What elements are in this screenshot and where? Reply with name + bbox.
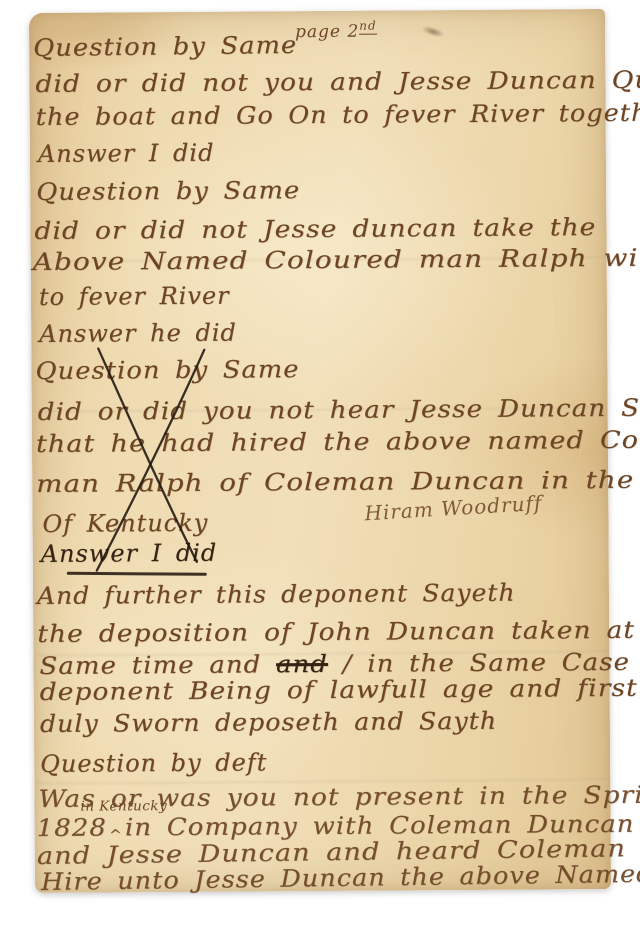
manuscript-line: did or did you not hear Jesse Duncan Say <box>38 395 640 426</box>
manuscript-line: Question by Same <box>36 177 300 205</box>
manuscript-line: Hire unto Jesse Duncan the above Named <box>41 861 640 896</box>
ink-underline <box>67 572 207 576</box>
struck-out-word: and <box>276 650 328 678</box>
manuscript-line: Question by deft <box>40 749 267 777</box>
manuscript-line: did or did not you and Jesse Duncan Quit <box>35 67 640 98</box>
manuscript-line: deponent Being of lawfull age and first <box>40 675 638 706</box>
line-segment: Same time and <box>39 650 276 680</box>
manuscript-line: Question by Same <box>35 356 299 384</box>
manuscript-line: that he had hired the above named Colour… <box>36 426 640 457</box>
manuscript-line: Answer I did <box>38 140 215 168</box>
page-number-text: page 2 <box>295 22 359 42</box>
manuscript-line: man Ralph of Coleman Duncan in the State <box>36 466 640 497</box>
manuscript-line: Above Named Coloured man Ralph with him <box>33 244 640 275</box>
manuscript-line: Question by Same <box>33 32 297 62</box>
manuscript-line: to fever River <box>39 283 230 311</box>
page-number-label: page 2nd <box>295 19 377 43</box>
year-text: 1828 <box>37 813 107 841</box>
manuscript-paper: page 2nd Question by Same did or did not… <box>29 9 611 893</box>
page-number-ordinal: nd <box>359 19 377 35</box>
manuscript-line: And further this deponent Sayeth <box>37 580 516 610</box>
manuscript-line: Of Kentucky <box>42 510 208 538</box>
manuscript-line: did or did not Jesse duncan take the <box>34 214 596 244</box>
manuscript-line: Answer he did <box>39 320 237 348</box>
manuscript-line: duly Sworn deposeth and Sayth <box>40 708 497 738</box>
manuscript-line: the deposition of John Duncan taken at t… <box>37 616 640 647</box>
scanned-document: page 2nd Question by Same did or did not… <box>0 0 640 930</box>
manuscript-line: the boat and Go On to fever River togeth… <box>36 99 640 130</box>
manuscript-line: Answer I did <box>41 540 218 568</box>
ink-smudge <box>420 24 446 40</box>
signature-hiram-woodruff: Hiram Woodruff <box>364 491 543 526</box>
